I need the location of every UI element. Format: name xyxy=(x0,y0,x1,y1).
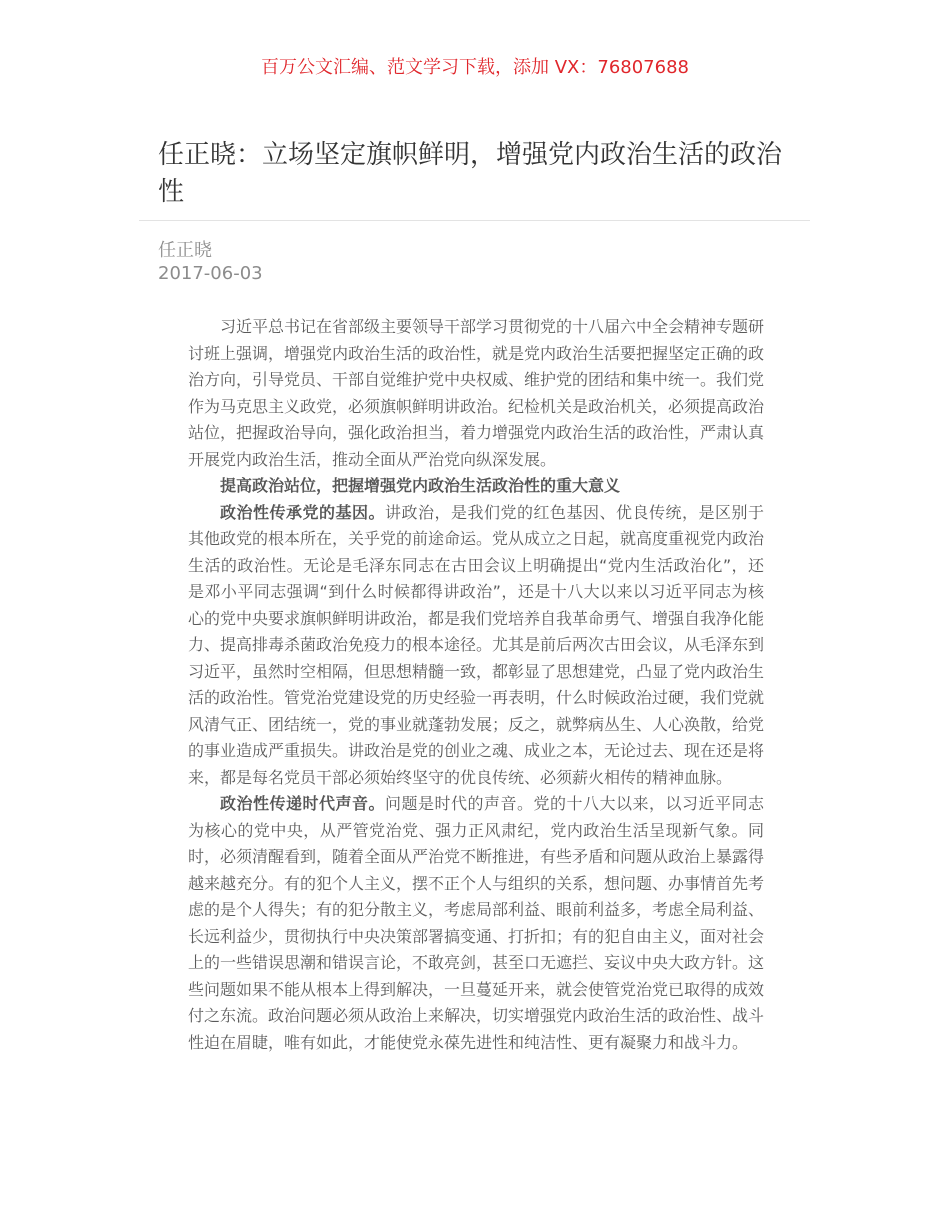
paragraph-era: 政治性传递时代声音。问题是时代的声音。党的十八大以来，以习近平同志为核心的党中央… xyxy=(188,791,764,1056)
article-date: 2017-06-03 xyxy=(158,262,263,285)
paragraph-text: 讲政治，是我们党的红色基因、优良传统，是区别于其他政党的根本所在，关乎党的前途命… xyxy=(188,503,764,787)
paragraph-text: 习近平总书记在省部级主要领导干部学习贯彻党的十八届六中全会精神专题研讨班上强调，… xyxy=(188,317,764,469)
paragraph-lead: 政治性传承党的基因。 xyxy=(220,503,385,522)
article-title: 任正晓：立场坚定旗帜鲜明，增强党内政治生活的政治性 xyxy=(158,137,798,211)
paragraph-text: 问题是时代的声音。党的十八大以来，以习近平同志为核心的党中央，从严管党治党、强力… xyxy=(188,794,764,1052)
paragraph-intro: 习近平总书记在省部级主要领导干部学习贯彻党的十八届六中全会精神专题研讨班上强调，… xyxy=(188,314,764,473)
paragraph-heritage: 政治性传承党的基因。讲政治，是我们党的红色基因、优良传统，是区别于其他政党的根本… xyxy=(188,500,764,792)
article-body: 习近平总书记在省部级主要领导干部学习贯彻党的十八届六中全会精神专题研讨班上强调，… xyxy=(188,314,764,1056)
section-heading-text: 提高政治站位，把握增强党内政治生活政治性的重大意义 xyxy=(220,476,620,495)
section-heading: 提高政治站位，把握增强党内政治生活政治性的重大意义 xyxy=(188,473,764,500)
article-author: 任正晓 xyxy=(158,239,212,262)
title-divider xyxy=(139,220,810,221)
promo-banner: 百万公文汇编、范文学习下载，添加 VX：76807688 xyxy=(0,56,950,80)
paragraph-lead: 政治性传递时代声音。 xyxy=(220,794,385,813)
